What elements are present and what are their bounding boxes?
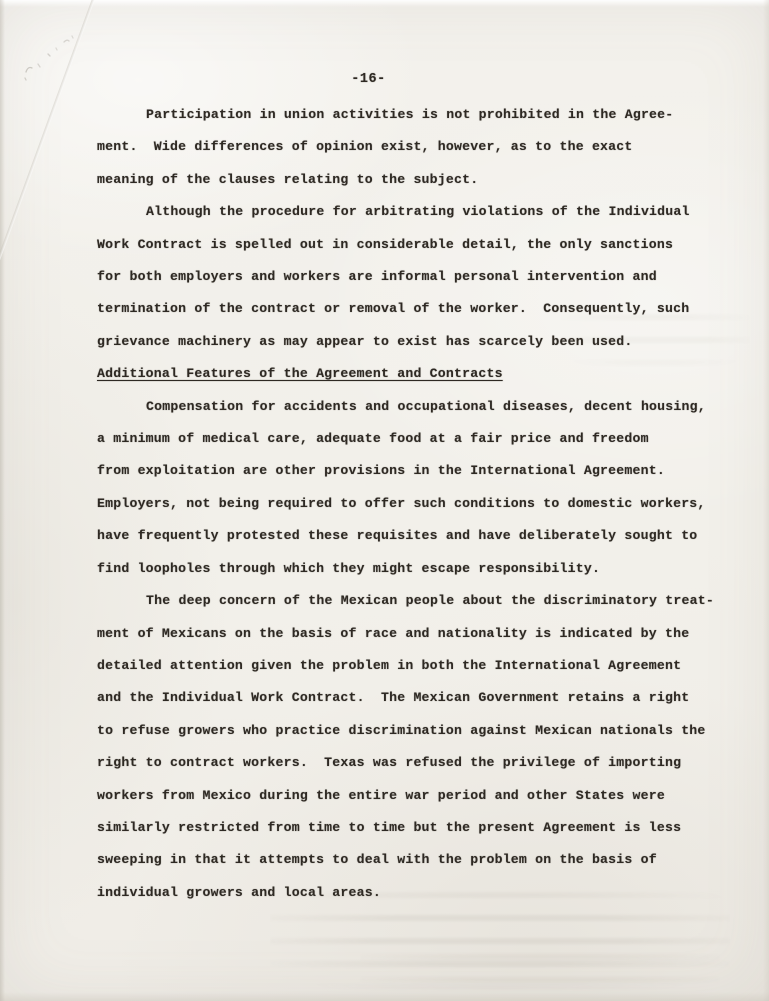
text-line: The deep concern of the Mexican people a… (97, 585, 737, 617)
scan-edge-left (0, 0, 5, 1001)
text-line: Additional Features of the Agreement and… (97, 358, 737, 390)
paragraph: Participation in union activities is not… (97, 99, 737, 196)
text-line: to refuse growers who practice discrimin… (97, 715, 737, 747)
scanned-page: -16- Participation in union activities i… (0, 0, 769, 1001)
text-line: termination of the contract or removal o… (97, 293, 737, 325)
text-line: workers from Mexico during the entire wa… (97, 780, 737, 812)
text-line: grievance machinery as may appear to exi… (97, 326, 737, 358)
text-line: Although the procedure for arbitrating v… (97, 196, 737, 228)
text-line: for both employers and workers are infor… (97, 261, 737, 293)
text-line: sweeping in that it attempts to deal wit… (97, 844, 737, 876)
text-line: Employers, not being required to offer s… (97, 488, 737, 520)
text-line: find loopholes through which they might … (97, 553, 737, 585)
text-line: meaning of the clauses relating to the s… (97, 164, 737, 196)
text-line: Work Contract is spelled out in consider… (97, 229, 737, 261)
page-number: -16- (0, 72, 737, 87)
scan-edge-bottom (0, 992, 769, 1001)
paragraph: The deep concern of the Mexican people a… (97, 585, 737, 909)
document-body: Participation in union activities is not… (97, 99, 737, 909)
text-line: right to contract workers. Texas was ref… (97, 747, 737, 779)
text-line: Participation in union activities is not… (97, 99, 737, 131)
scan-edge-top (0, 0, 769, 7)
text-line: Compensation for accidents and occupatio… (97, 391, 737, 423)
text-line: ment of Mexicans on the basis of race an… (97, 618, 737, 650)
text-line: have frequently protested these requisit… (97, 520, 737, 552)
text-line: individual growers and local areas. (97, 877, 737, 909)
text-line: a minimum of medical care, adequate food… (97, 423, 737, 455)
text-line: and the Individual Work Contract. The Me… (97, 682, 737, 714)
scan-edge-right (763, 0, 769, 1001)
section-heading: Additional Features of the Agreement and… (97, 358, 737, 390)
paragraph: Although the procedure for arbitrating v… (97, 196, 737, 358)
bleed-through-ghost (360, 940, 720, 995)
text-line: detailed attention given the problem in … (97, 650, 737, 682)
text-line: similarly restricted from time to time b… (97, 812, 737, 844)
text-line: ment. Wide differences of opinion exist,… (97, 131, 737, 163)
paragraph: Compensation for accidents and occupatio… (97, 391, 737, 585)
text-line: from exploitation are other provisions i… (97, 455, 737, 487)
